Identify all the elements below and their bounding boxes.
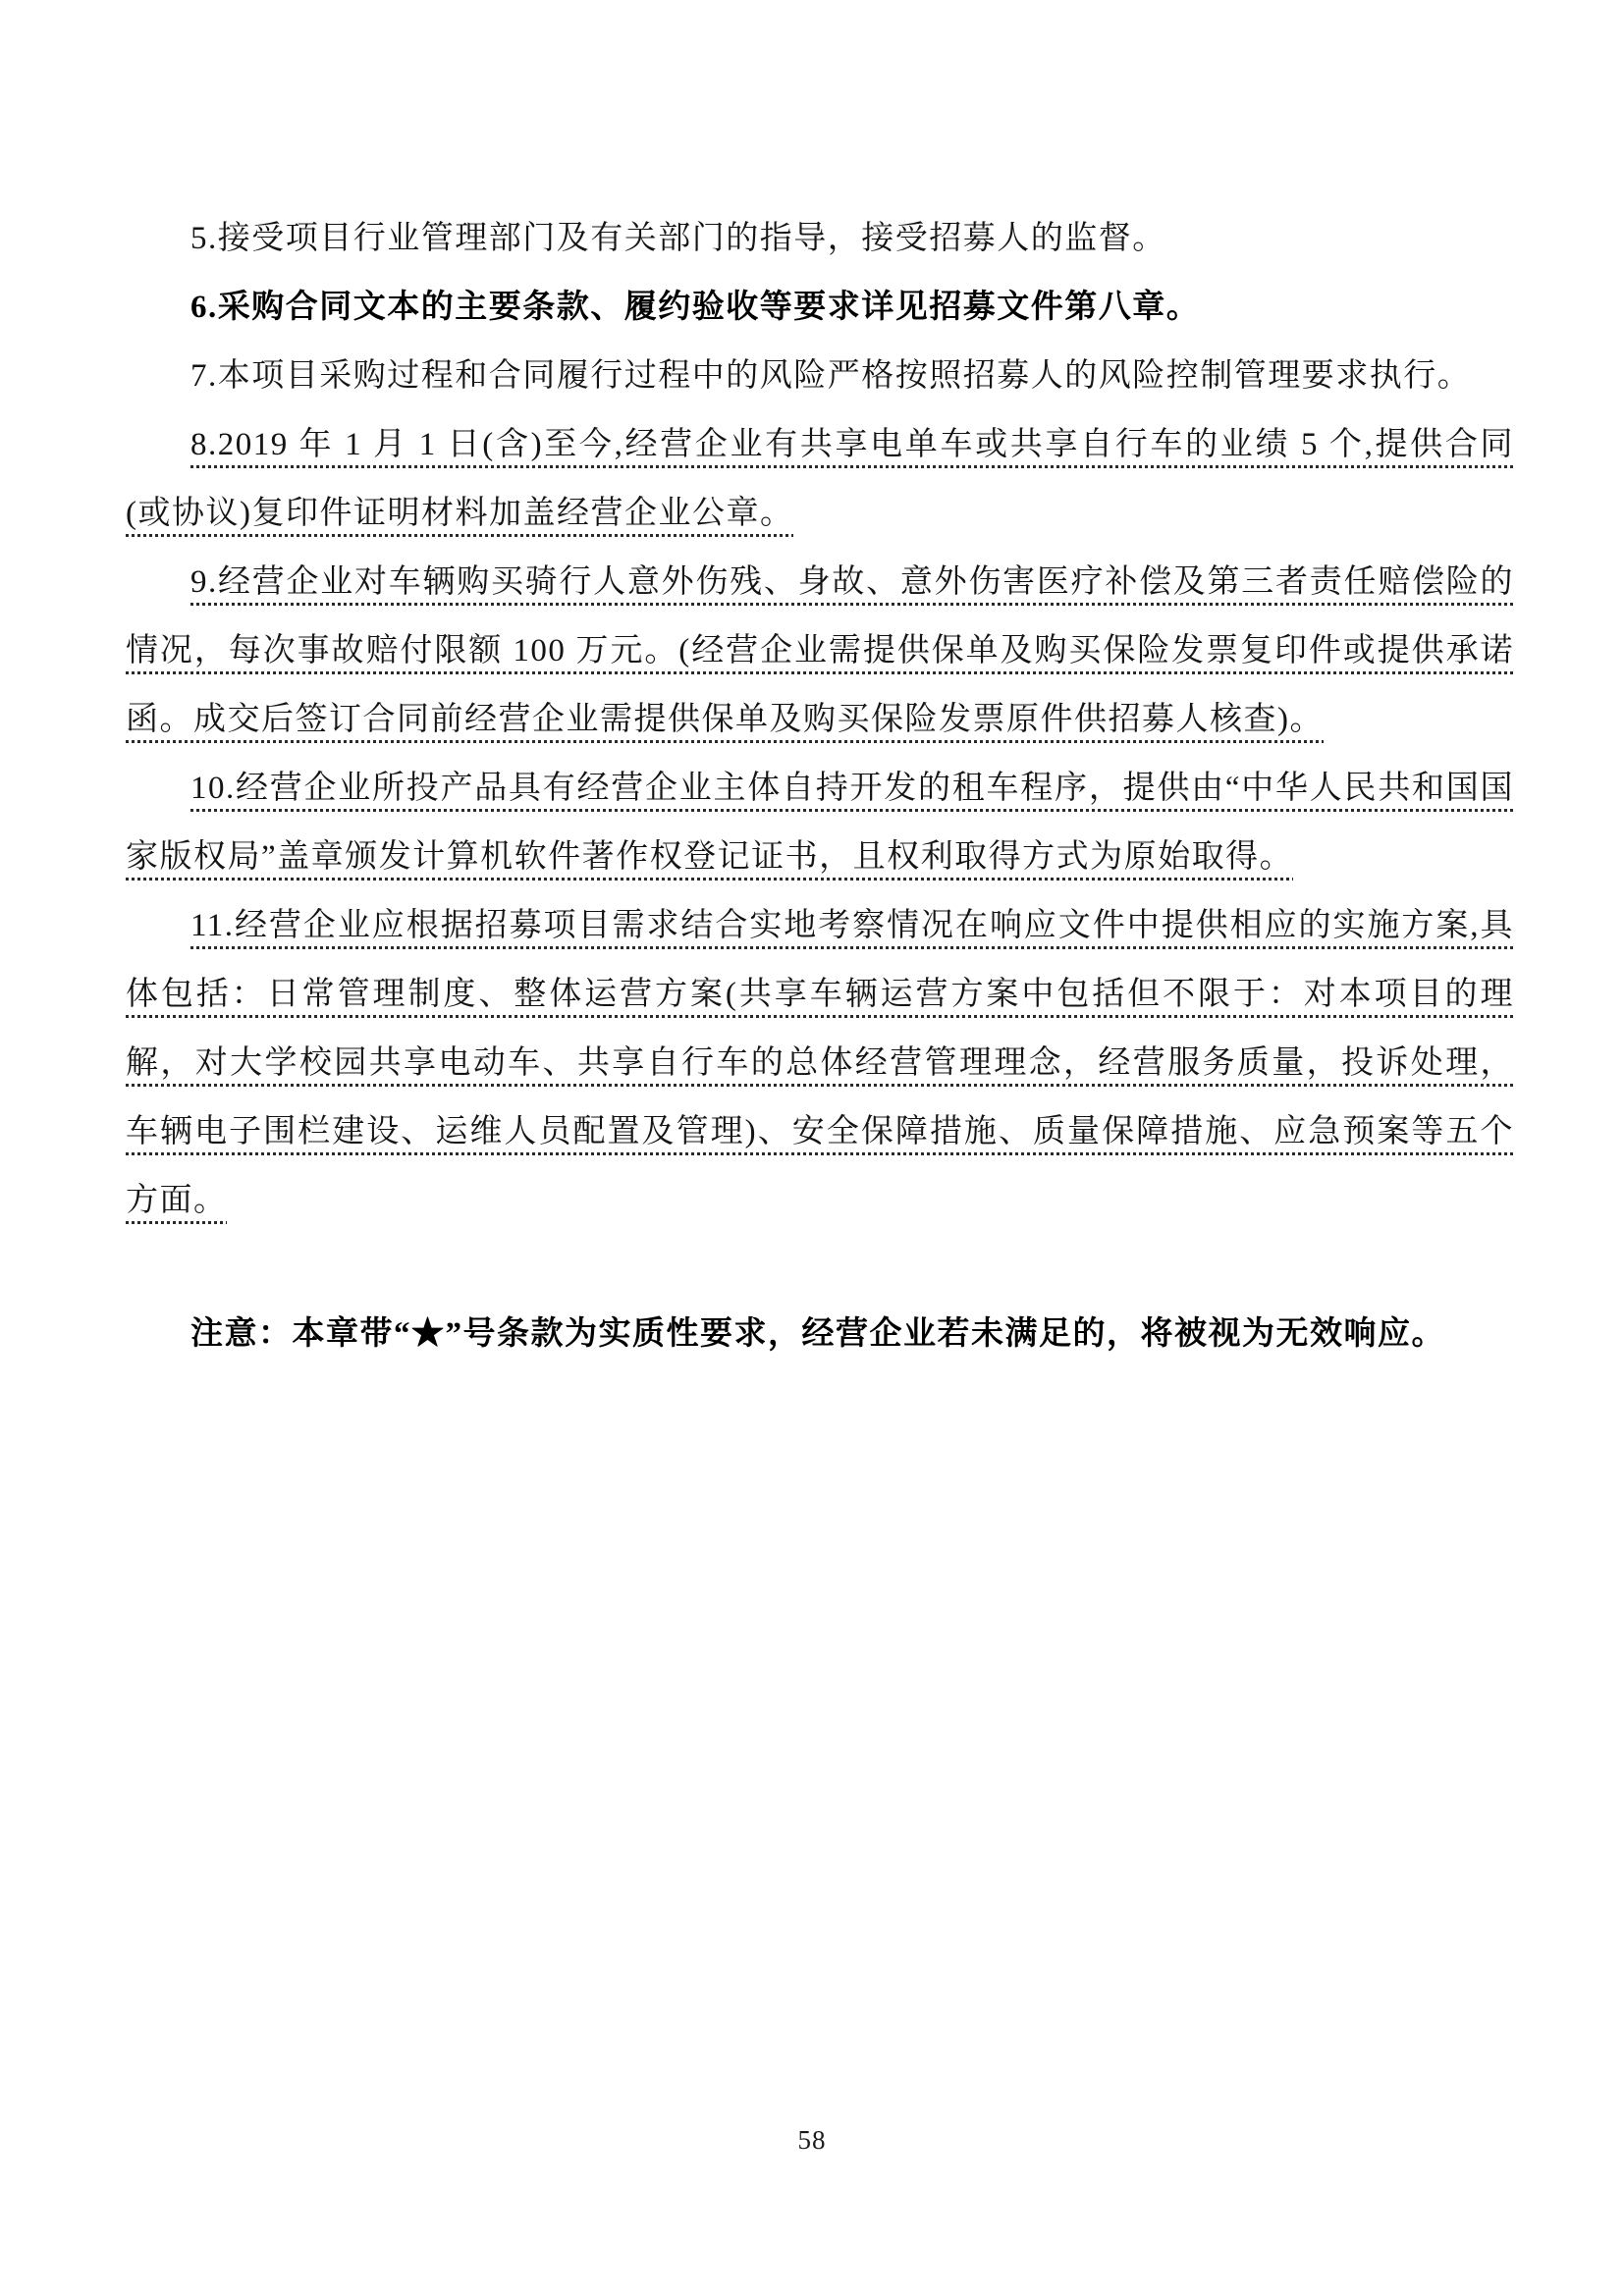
paragraph-clause-8: 8.2019 年 1 月 1 日(含)至今,经营企业有共享电单车或共享自行车的业…	[126, 410, 1514, 548]
page-number: 58	[0, 2122, 1624, 2158]
paragraph-clause-9: 9.经营企业对车辆购买骑行人意外伤残、身故、意外伤害医疗补偿及第三者责任赔偿险的…	[126, 548, 1514, 754]
paragraph-clause-11: 11.经营企业应根据招募项目需求结合实地考察情况在响应文件中提供相应的实施方案,…	[126, 891, 1514, 1235]
paragraph-clause-6: 6.采购合同文本的主要条款、履约验收等要求详见招募文件第八章。	[126, 273, 1514, 342]
paragraph-clause-5: 5.接受项目行业管理部门及有关部门的指导，接受招募人的监督。	[126, 204, 1514, 273]
document-page: 5.接受项目行业管理部门及有关部门的指导，接受招募人的监督。 6.采购合同文本的…	[0, 0, 1624, 2296]
document-content: 5.接受项目行业管理部门及有关部门的指导，接受招募人的监督。 6.采购合同文本的…	[126, 0, 1514, 1368]
paragraph-clause-10: 10.经营企业所投产品具有经营企业主体自持开发的租车程序，提供由“中华人民共和国…	[126, 754, 1514, 891]
paragraph-clause-7: 7.本项目采购过程和合同履行过程中的风险严格按照招募人的风险控制管理要求执行。	[126, 342, 1514, 410]
note-paragraph: 注意：本章带“★”号条款为实质性要求，经营企业若未满足的，将被视为无效响应。	[126, 1300, 1514, 1368]
